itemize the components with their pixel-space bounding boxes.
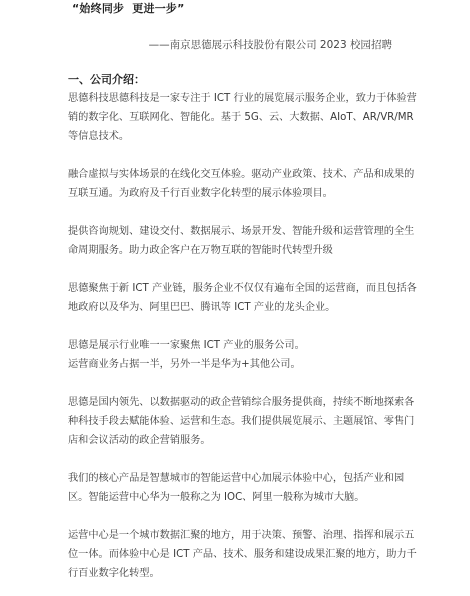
paragraph-line: 思德是展示行业唯一一家聚焦 ICT 产业的服务公司。 — [68, 336, 396, 355]
paragraph-ict-industry-chain: 思德聚焦于新 ICT 产业链，服务企业不仅仅有遍布全国的运营商，而且包括各 地政… — [68, 279, 396, 317]
slogan: “始终同步 更进一步” — [72, 0, 185, 16]
paragraph-line: 种科技手段去赋能体验、运营和生态。我们提供展览展示、主题展馆、零售门 — [68, 412, 396, 431]
paragraph-line: 区。智能运营中心华为一般称之为 IOC、阿里一般称为城市大脑。 — [68, 488, 396, 507]
document-page: “始终同步 更进一步” ——南京思德展示科技股份有限公司 2023 校园招聘 一… — [0, 0, 470, 596]
paragraph-line: 思德聚焦于新 ICT 产业链，服务企业不仅仅有遍布全国的运营商，而且包括各 — [68, 279, 396, 298]
paragraph-core-products: 我们的核心产品是智慧城市的智能运营中心加展示体验中心，包括产业和园 区。智能运营… — [68, 469, 396, 507]
section-title: 一、公司介绍： — [68, 70, 396, 89]
paragraph-company-intro: 思德科技思德科技是一家专注于 ICT 行业的展览展示服务企业，致力于体验营 销的… — [68, 89, 396, 146]
paragraph-line: 思德是国内领先、以数据驱动的政企营销综合服务提供商，持续不断地探索各 — [68, 393, 396, 412]
paragraph-line: 提供咨询规划、建设交付、数据展示、场景开发、智能升级和运营管理的全生 — [68, 222, 396, 241]
paragraph-line: 命周期服务。助力政企客户在万物互联的智能时代转型升级 — [68, 241, 396, 260]
paragraph-line: 行百业数字化转型。 — [68, 564, 396, 583]
paragraph-unique-position: 思德是展示行业唯一一家聚焦 ICT 产业的服务公司。 运营商业务占据一半，另外一… — [68, 336, 396, 374]
paragraph-marketing-services: 思德是国内领先、以数据驱动的政企营销综合服务提供商，持续不断地探索各 种科技手段… — [68, 393, 396, 450]
paragraph-line: 地政府以及华为、阿里巴巴、腾讯等 ICT 产业的龙头企业。 — [68, 298, 396, 317]
paragraph-line: 销的数字化、互联网化、智能化。基于 5G、云、大数据、AIoT、AR/VR/MR — [68, 108, 396, 127]
paragraph-operations-center: 运营中心是一个城市数据汇聚的地方，用于决策、预警、治理、指挥和展示五 位一体。而… — [68, 526, 396, 583]
paragraph-line: 思德科技思德科技是一家专注于 ICT 行业的展览展示服务企业，致力于体验营 — [68, 89, 396, 108]
paragraph-virtual-fusion: 融合虚拟与实体场景的在线化交互体验。驱动产业政策、技术、产品和成果的 互联互通。… — [68, 165, 396, 203]
paragraph-line: 位一体。而体验中心是 ICT 产品、技术、服务和建设成果汇聚的地方，助力千 — [68, 545, 396, 564]
paragraph-line: 互联互通。为政府及千行百业数字化转型的展示体验项目。 — [68, 184, 396, 203]
document-body: 一、公司介绍： 思德科技思德科技是一家专注于 ICT 行业的展览展示服务企业，致… — [68, 70, 396, 583]
paragraph-line: 店和会议活动的政企营销服务。 — [68, 431, 396, 450]
paragraph-line: 融合虚拟与实体场景的在线化交互体验。驱动产业政策、技术、产品和成果的 — [68, 165, 396, 184]
paragraph-line: 运营中心是一个城市数据汇聚的地方，用于决策、预警、治理、指挥和展示五 — [68, 526, 396, 545]
paragraph-line: 我们的核心产品是智慧城市的智能运营中心加展示体验中心，包括产业和园 — [68, 469, 396, 488]
paragraph-line: 等信息技术。 — [68, 127, 396, 146]
paragraph-lifecycle-services: 提供咨询规划、建设交付、数据展示、场景开发、智能升级和运营管理的全生 命周期服务… — [68, 222, 396, 260]
signature: ——南京思德展示科技股份有限公司 2023 校园招聘 — [149, 37, 392, 52]
paragraph-line: 运营商业务占据一半，另外一半是华为+其他公司。 — [68, 355, 396, 374]
